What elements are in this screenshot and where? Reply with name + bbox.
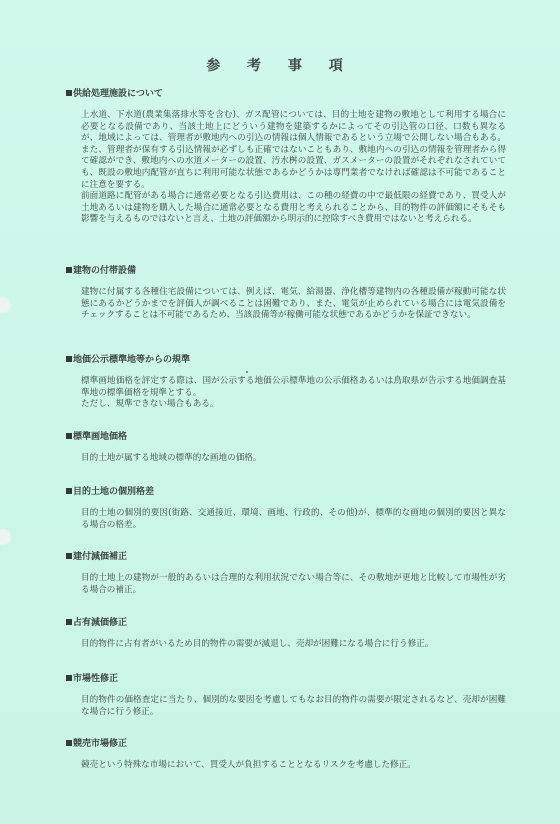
square-bullet-icon: [66, 433, 72, 439]
section-heading-text: 建物の付帯設備: [73, 266, 136, 276]
paragraph: 目的土地が属する地域の標準的な画地の価格。: [81, 453, 506, 465]
section-heading: 地価公示標準地等からの規準: [66, 354, 506, 366]
section-heading-text: 建付減価補正: [73, 552, 127, 562]
paragraph: ただし、規準できない場合もある。: [81, 399, 506, 411]
section-heading-text: 競売市場修正: [73, 739, 127, 749]
section-auction-market-correction: 競売市場修正 競売という特殊な市場において、買受人が負担することとなるリスクを考…: [66, 738, 506, 772]
section-individual-difference: 目的土地の個別格差 目的土地の個別的要因(街路、交通接近、環境、画地、行政的、そ…: [66, 486, 506, 531]
section-supply-facilities: 供給処理施設について 上水道、下水道(農業集落排水等を含む)、ガス配管については…: [66, 88, 506, 226]
paragraph: 目的土地上の建物が一般的あるいは合理的な利用状況でない場合等に、その敷地が更地と…: [81, 573, 506, 596]
section-body: 目的物件に占有者がいるため目的物件の需要が減退し、売却が困難になる場合に行う修正…: [66, 639, 506, 651]
section-heading: 建付減価補正: [66, 551, 506, 563]
section-heading: 占有減価修正: [66, 617, 506, 629]
section-heading-text: 占有減価修正: [73, 618, 127, 628]
square-bullet-icon: [66, 267, 72, 273]
section-heading-text: 供給処理施設について: [73, 89, 163, 99]
punch-hole-bottom: [0, 530, 10, 544]
punch-hole-top: [0, 298, 10, 312]
page-title: 参 考 事 項: [0, 55, 560, 75]
section-heading-text: 市場性修正: [73, 674, 118, 684]
section-body: 目的土地上の建物が一般的あるいは合理的な利用状況でない場合等に、その敷地が更地と…: [66, 573, 506, 596]
paragraph: 目的土地の個別的要因(街路、交通接近、環境、画地、行政的、その他)が、標準的な画…: [81, 508, 506, 531]
document-page: 参 考 事 項 供給処理施設について 上水道、下水道(農業集落排水等を含む)、ガ…: [0, 0, 560, 824]
square-bullet-icon: [66, 553, 72, 559]
section-body: 競売という特殊な市場において、買受人が負担することとなるリスクを考慮した修正。: [66, 760, 506, 772]
section-body: 目的土地の個別的要因(街路、交通接近、環境、画地、行政的、その他)が、標準的な画…: [66, 508, 506, 531]
section-body: 建物に付属する各種住宅設備については、例えば、電気、給湯器、浄化槽等建物内の各種…: [66, 287, 506, 322]
scan-speck: [246, 371, 248, 373]
section-occupancy-depreciation: 占有減価修正 目的物件に占有者がいるため目的物件の需要が減退し、売却が困難になる…: [66, 617, 506, 651]
paragraph: 前面道路に配管がある場合に通常必要となる引込費用は、この種の経費の中で最低限の経…: [81, 191, 506, 226]
section-heading-text: 目的土地の個別格差: [73, 487, 154, 497]
paragraph: 建物に付属する各種住宅設備については、例えば、電気、給湯器、浄化槽等建物内の各種…: [81, 287, 506, 322]
section-heading-text: 標準画地価格: [73, 432, 127, 442]
section-heading-text: 地価公示標準地等からの規準: [73, 355, 190, 365]
section-body: 目的土地が属する地域の標準的な画地の価格。: [66, 453, 506, 465]
section-body: 目的物件の価格査定に当たり、個別的な要因を考慮してもなお目的物件の需要が限定され…: [66, 695, 506, 718]
section-body: 上水道、下水道(農業集落排水等を含む)、ガス配管については、目的土地を建物の敷地…: [66, 110, 506, 226]
section-heading: 市場性修正: [66, 673, 506, 685]
square-bullet-icon: [66, 675, 72, 681]
paragraph: 標準画地価格を評定する際は、国が公示する地価公示標準地の公示価格あるいは鳥取県が…: [81, 376, 506, 399]
square-bullet-icon: [66, 90, 72, 96]
section-heading: 競売市場修正: [66, 738, 506, 750]
square-bullet-icon: [66, 488, 72, 494]
section-heading: 標準画地価格: [66, 431, 506, 443]
paragraph: 目的物件の価格査定に当たり、個別的な要因を考慮してもなお目的物件の需要が限定され…: [81, 695, 506, 718]
paragraph: 競売という特殊な市場において、買受人が負担することとなるリスクを考慮した修正。: [81, 760, 506, 772]
section-building-equipment: 建物の付帯設備 建物に付属する各種住宅設備については、例えば、電気、給湯器、浄化…: [66, 265, 506, 322]
section-land-price-benchmark: 地価公示標準地等からの規準 標準画地価格を評定する際は、国が公示する地価公示標準…: [66, 354, 506, 411]
section-heading: 建物の付帯設備: [66, 265, 506, 277]
section-body: 標準画地価格を評定する際は、国が公示する地価公示標準地の公示価格あるいは鳥取県が…: [66, 376, 506, 411]
section-heading: 供給処理施設について: [66, 88, 506, 100]
square-bullet-icon: [66, 740, 72, 746]
paragraph: 上水道、下水道(農業集落排水等を含む)、ガス配管については、目的土地を建物の敷地…: [81, 110, 506, 191]
paragraph: 目的物件に占有者がいるため目的物件の需要が減退し、売却が困難になる場合に行う修正…: [81, 639, 506, 651]
square-bullet-icon: [66, 619, 72, 625]
section-standard-lot-price: 標準画地価格 目的土地が属する地域の標準的な画地の価格。: [66, 431, 506, 465]
section-building-depreciation: 建付減価補正 目的土地上の建物が一般的あるいは合理的な利用状況でない場合等に、そ…: [66, 551, 506, 596]
section-marketability-correction: 市場性修正 目的物件の価格査定に当たり、個別的な要因を考慮してもなお目的物件の需…: [66, 673, 506, 718]
square-bullet-icon: [66, 356, 72, 362]
section-heading: 目的土地の個別格差: [66, 486, 506, 498]
